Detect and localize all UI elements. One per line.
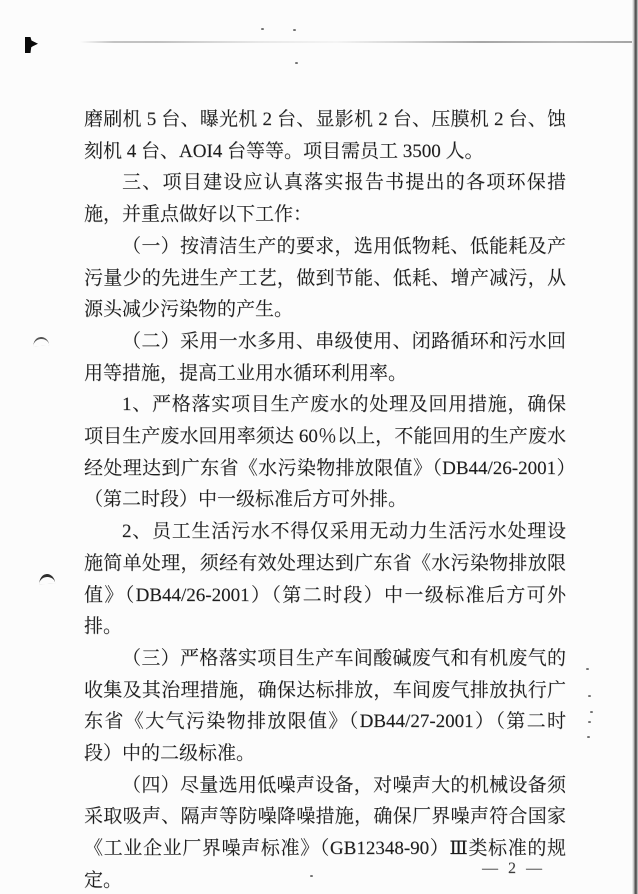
- page-number: — 2 —: [482, 860, 545, 878]
- paragraph-equipment-list: 磨刷机 5 台、曝光机 2 台、显影机 2 台、压膜机 2 台、蚀刻机 4 台、…: [84, 104, 566, 167]
- paragraph-domestic-sewage: 2、员工生活污水不得仅采用无动力生活污水处理设施简单处理，须经有效处理达到广东省…: [84, 516, 566, 643]
- paragraph-measure-three: （三）严格落实项目生产车间酸碱废气和有机废气的收集及其治理措施，确保达标排放，车…: [84, 643, 566, 770]
- pen-mark-artifact: [39, 574, 56, 585]
- page-edge-shadow: [632, 0, 638, 894]
- paragraph-measure-two: （二）采用一水多用、串级使用、闭路循环和污水回用等措施，提高工业用水循环利用率。: [84, 326, 566, 389]
- paragraph-section-three: 三、项目建设应认真落实报告书提出的各项环保措施，并重点做好以下工作：: [84, 167, 566, 230]
- scan-line-artifact: [80, 41, 638, 43]
- paragraph-measure-one: （一）按清洁生产的要求，选用低物耗、低能耗及产污量少的先进生产工艺，做到节能、低…: [84, 231, 566, 326]
- pen-mark-artifact: [33, 336, 50, 346]
- ink-blot-artifact: [25, 37, 38, 53]
- scanned-document-page: 磨刷机 5 台、曝光机 2 台、显影机 2 台、压膜机 2 台、蚀刻机 4 台、…: [0, 0, 638, 894]
- document-body: 磨刷机 5 台、曝光机 2 台、显影机 2 台、压膜机 2 台、蚀刻机 4 台、…: [84, 104, 566, 894]
- paragraph-wastewater-reuse: 1、严格落实项目生产废水的处理及回用措施，确保项目生产废水回用率须达 60％以上…: [84, 389, 566, 516]
